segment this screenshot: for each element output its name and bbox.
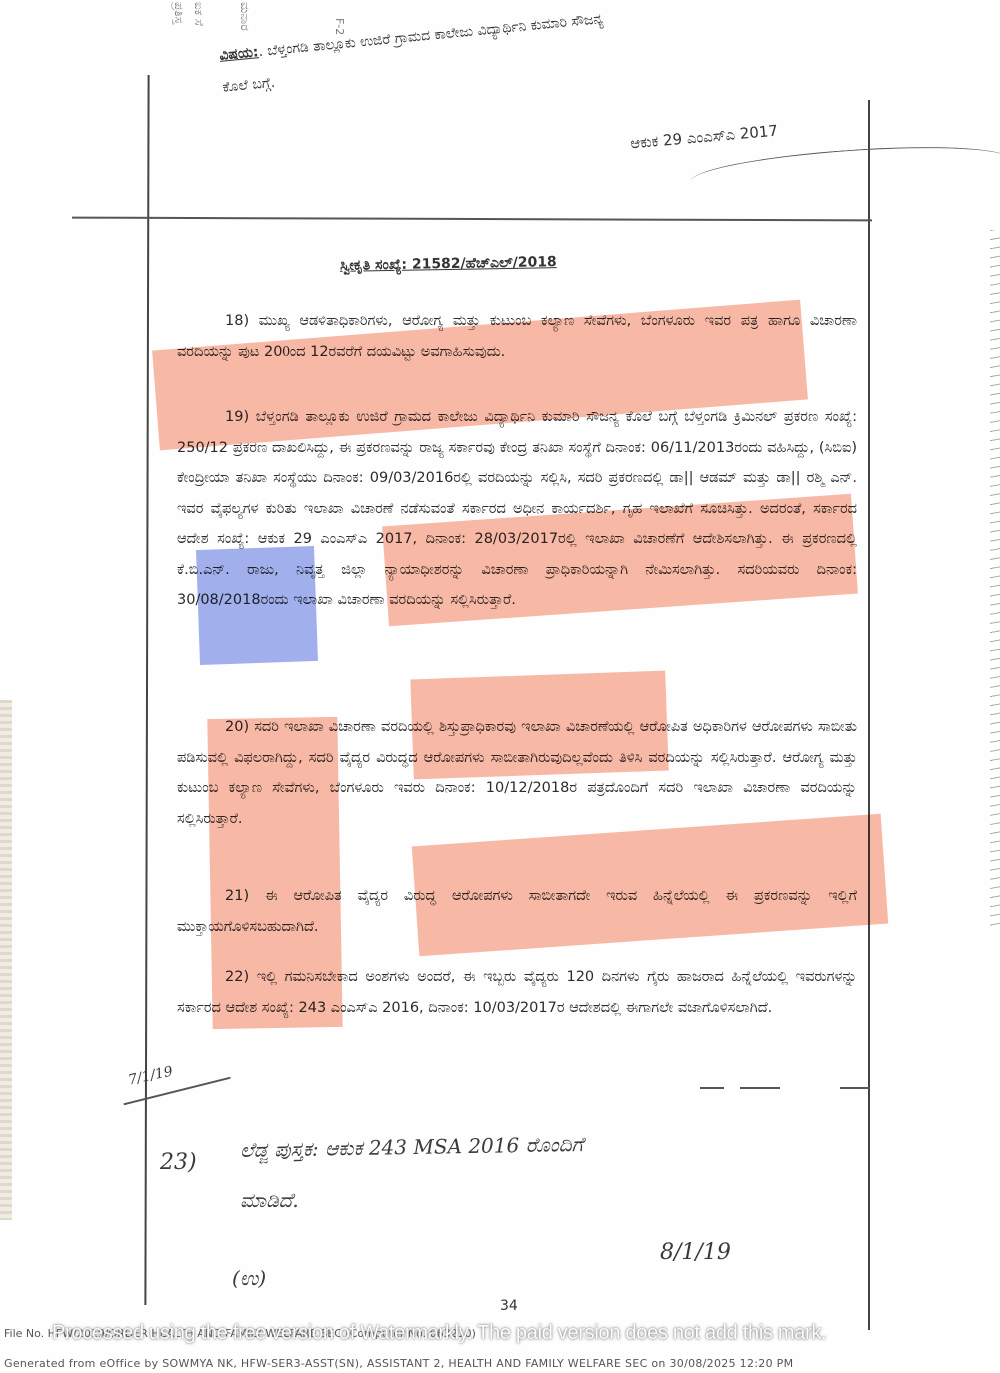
margin-rule-left bbox=[144, 75, 149, 1305]
paragraph-text: ಮುಖ್ಯ ಆಡಳಿತಾಧಿಕಾರಿಗಳು, ಆರೋಗ್ಯ ಮತ್ತು ಕುಟು… bbox=[177, 313, 857, 360]
margin-note: ಮನಾರ bbox=[238, 2, 252, 31]
handwritten-note-number: 23) bbox=[160, 1150, 197, 1175]
handwritten-signature-date: 8/1/19 bbox=[660, 1240, 731, 1265]
dash-mark bbox=[740, 1087, 780, 1089]
dash-mark bbox=[840, 1087, 870, 1089]
margin-note: ಪ್ರತಿಸ್ತ bbox=[172, 2, 186, 24]
paragraph-text: ಇಲ್ಲಿ ಗಮನಿಸಬೇಕಾದ ಅಂಶಗಳು ಅಂದರೆ, ಈ ಇಬ್ಬರು … bbox=[177, 969, 857, 1016]
paragraph-21: 21) ಈ ಆರೋಪಿತ ವೈದ್ಯರ ವಿರುದ್ಧ ಆರೋಪಗಳು ಸಾಬೀ… bbox=[177, 881, 857, 942]
paragraph-18: 18) ಮುಖ್ಯ ಆಡಳಿತಾಧಿಕಾರಿಗಳು, ಆರೋಗ್ಯ ಮತ್ತು … bbox=[177, 306, 857, 367]
subject-block: ವಿಷಯ:. ಬೆಳ್ತಂಗಡಿ ತಾಲ್ಲೂಕು ಉಜಿರೆ ಗ್ರಾಮದ ಕ… bbox=[218, 0, 821, 104]
watermark-text: Processed using the free version of Wate… bbox=[52, 1322, 826, 1345]
subject-label: ವಿಷಯ: bbox=[219, 44, 260, 64]
paragraph-text: ಬೆಳ್ತಂಗಡಿ ತಾಲ್ಲೂಕು ಉಜಿರೆ ಗ್ರಾಮದ ಕಾಲೇಜು ವ… bbox=[177, 409, 857, 608]
handwritten-note-line-2: ಮಾಡಿದೆ. bbox=[240, 1188, 299, 1212]
scanned-page: ಪ್ರತಿಸ್ತ ಐಕ ಸೆ ಮನಾರ F-2 ವಿಷಯ:. ಬೆಳ್ತಂಗಡಿ… bbox=[0, 0, 1000, 1373]
handwritten-note-line-1: ಲೆಡ್ಜ ಪುಸ್ತಕ: ಆಕುಕ 243 MSA 2016 ರೊಂದಿಗೆ bbox=[240, 1132, 584, 1162]
page-number: 34 bbox=[500, 1298, 518, 1314]
paragraph-number: 21) bbox=[225, 888, 249, 904]
receipt-number-heading: ಸ್ವೀಕೃತಿ ಸಂಖ್ಯೆ: 21582/ಹೆಚ್ಎಲ್/2018 bbox=[340, 254, 557, 274]
paragraph-number: 19) bbox=[225, 409, 249, 425]
footer-generated-line: Generated from eOffice by SOWMYA NK, HFW… bbox=[4, 1357, 793, 1370]
page-edge-right bbox=[990, 230, 1000, 930]
order-reference: ಆಕುಕ 29 ಎಂಎಸ್ಎ 2017 bbox=[629, 122, 778, 153]
paragraph-22: 22) ಇಲ್ಲಿ ಗಮನಿಸಬೇಕಾದ ಅಂಶಗಳು ಅಂದರೆ, ಈ ಇಬ್… bbox=[177, 962, 857, 1023]
handwritten-initials-date: 7/1/19 bbox=[127, 1063, 174, 1088]
handwritten-mark: (ಉ) bbox=[232, 1266, 266, 1290]
header-rule bbox=[72, 217, 872, 221]
paragraph-19: 19) ಬೆಳ್ತಂಗಡಿ ತಾಲ್ಲೂಕು ಉಜಿರೆ ಗ್ರಾಮದ ಕಾಲೇ… bbox=[177, 402, 857, 616]
paragraph-number: 20) bbox=[225, 719, 249, 735]
margin-rule-right bbox=[868, 100, 870, 1330]
paragraph-number: 18) bbox=[225, 313, 249, 329]
dash-mark bbox=[700, 1087, 724, 1089]
paragraph-20: 20) ಸದರಿ ಇಲಾಖಾ ವಿಚಾರಣಾ ವರದಿಯಲ್ಲಿ ಶಿಸ್ತುಪ… bbox=[177, 712, 857, 834]
paragraph-text: ಸದರಿ ಇಲಾಖಾ ವಿಚಾರಣಾ ವರದಿಯಲ್ಲಿ ಶಿಸ್ತುಪ್ರಾಧ… bbox=[177, 719, 857, 827]
page-edge-left bbox=[0, 700, 12, 1220]
page-fold-curve bbox=[689, 139, 1000, 202]
paragraph-number: 22) bbox=[225, 969, 249, 985]
margin-note: ಐಕ ಸೆ bbox=[192, 2, 206, 26]
paragraph-text: ಈ ಆರೋಪಿತ ವೈದ್ಯರ ವಿರುದ್ಧ ಆರೋಪಗಳು ಸಾಬೀತಾಗದ… bbox=[177, 888, 857, 935]
